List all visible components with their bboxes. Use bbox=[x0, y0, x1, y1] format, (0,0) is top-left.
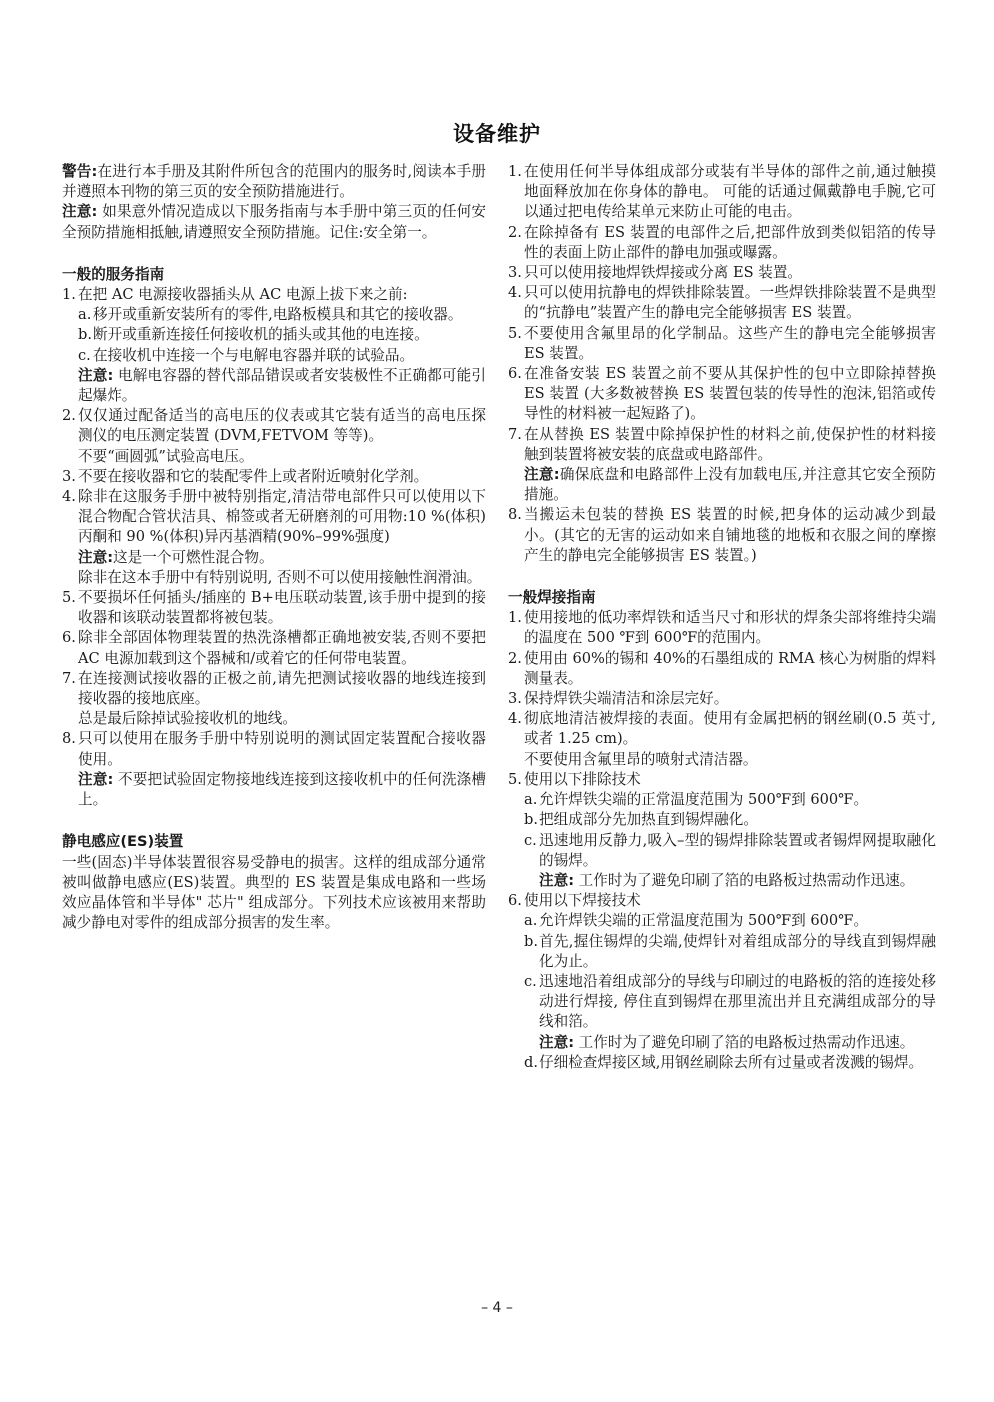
sub-item: a.允许焊铁尖端的正常温度范围为 500℉到 600℉。 bbox=[508, 911, 936, 931]
extra-text: 总是最后除掉试验接收机的地线。 bbox=[62, 709, 486, 729]
sub-item: c.迅速地用反静力,吸入–型的锡焊排除装置或者锡焊网提取融化的锡焊。 bbox=[508, 831, 936, 871]
extra-text: 不要“画圆弧”试验高电压。 bbox=[62, 447, 486, 467]
sub-item: b.断开或重新连接任何接收机的插头或其他的电连接。 bbox=[62, 325, 486, 345]
note: 注意:这是一个可燃性混合物。 bbox=[62, 548, 486, 568]
list-item: 6.在准备安装 ES 装置之前不要从其保护性的包中立即除掉替换 ES 装置 (大… bbox=[508, 364, 936, 425]
sub-item: d.仔细检查焊接区域,用钢丝刷除去所有过量或者泼溅的锡焊。 bbox=[508, 1053, 936, 1073]
list-item: 2.使用由 60%的锡和 40%的石墨组成的 RMA 核心为树脂的焊料测量表。 bbox=[508, 649, 936, 689]
list-item: 3.保持焊铁尖端清洁和涂层完好。 bbox=[508, 689, 936, 709]
sub-item: a.允许焊铁尖端的正常温度范围为 500℉到 600℉。 bbox=[508, 790, 936, 810]
note: 注意:确保底盘和电路部件上没有加载电压,并注意其它安全预防措施。 bbox=[508, 465, 936, 505]
caution-paragraph: 注意: 如果意外情况造成以下服务指南与本手册中第三页的任何安全预防措施相抵触,请… bbox=[62, 202, 486, 242]
sub-item: a.移开或重新安装所有的零件,电路板模具和其它的接收器。 bbox=[62, 305, 486, 325]
section-heading-soldering: 一般焊接指南 bbox=[508, 588, 936, 608]
section-heading-general-service: 一般的服务指南 bbox=[62, 265, 486, 285]
list-item: 3.只可以使用接地焊铁焊接或分离 ES 装置。 bbox=[508, 263, 936, 283]
warning-paragraph: 警告:在进行本手册及其附件所包含的范围内的服务时,阅读本手册并遵照本刊物的第三页… bbox=[62, 162, 486, 202]
sub-item: c.在接收机中连接一个与电解电容器并联的试验品。 bbox=[62, 346, 486, 366]
list-item: 2.在除掉备有 ES 装置的电部件之后,把部件放到类似铝箔的传导性的表面上防止部… bbox=[508, 223, 936, 263]
sub-item: b.把组成部分先加热直到锡焊融化。 bbox=[508, 810, 936, 830]
list-item: 8.只可以使用在服务手册中特别说明的测试固定装置配合接收器使用。 bbox=[62, 729, 486, 769]
list-item: 5.使用以下排除技术 bbox=[508, 770, 936, 790]
list-item: 2.仅仅通过配备适当的高电压的仪表或其它装有适当的高电压探测仪的电压测定装置 (… bbox=[62, 406, 486, 446]
note: 注意: 工作时为了避免印刷了箔的电路板过热需动作迅速。 bbox=[508, 1033, 936, 1053]
list-item: 1.在使用任何半导体组成部分或装有半导体的部件之前,通过触摸地面释放加在你身体的… bbox=[508, 162, 936, 223]
note: 注意: 不要把试验固定物接地线连接到这接收机中的任何洗涤槽上。 bbox=[62, 770, 486, 810]
caution-label: 注意: bbox=[62, 203, 97, 220]
es-intro-paragraph: 一些(固态)半导体装置很容易受静电的损害。这样的组成部分通常被叫做静电感应(ES… bbox=[62, 853, 486, 934]
list-item: 4.彻底地清洁被焊接的表面。使用有金属把柄的钢丝刷(0.5 英寸,或者 1.25… bbox=[508, 709, 936, 749]
list-item: 7.在从替换 ES 装置中除掉保护性的材料之前,使保护性的材料接触到装置将被安装… bbox=[508, 425, 936, 465]
warning-text: 在进行本手册及其附件所包含的范围内的服务时,阅读本手册并遵照本刊物的第三页的安全… bbox=[62, 163, 486, 200]
list-item: 5.不要损坏任何插头/插座的 B+电压联动装置,该手册中提到的接收器和该联动装置… bbox=[62, 588, 486, 628]
left-column: 警告:在进行本手册及其附件所包含的范围内的服务时,阅读本手册并遵照本刊物的第三页… bbox=[62, 162, 486, 933]
page-title: 设备维护 bbox=[0, 118, 994, 148]
list-item: 6.除非全部固体物理装置的热洗涤槽都正确地被安装,否则不要把 AC 电源加载到这… bbox=[62, 628, 486, 668]
list-item: 1.使用接地的低功率焊铁和适当尺寸和形状的焊条尖部将维持尖端的温度在 500 ℉… bbox=[508, 608, 936, 648]
list-item: 6.使用以下焊接技术 bbox=[508, 891, 936, 911]
right-column: 1.在使用任何半导体组成部分或装有半导体的部件之前,通过触摸地面释放加在你身体的… bbox=[508, 162, 936, 1073]
list-item: 3.不要在接收器和它的装配零件上或者附近喷射化学剂。 bbox=[62, 467, 486, 487]
list-item: 7.在连接测试接收器的正极之前,请先把测试接收器的地线连接到接收器的接地底座。 bbox=[62, 669, 486, 709]
note: 注意: 工作时为了避免印刷了箔的电路板过热需动作迅速。 bbox=[508, 871, 936, 891]
list-item: 4.除非在这服务手册中被特别指定,清洁带电部件只可以使用以下混合物配合管状洁具、… bbox=[62, 487, 486, 548]
list-item: 8.当搬运未包装的替换 ES 装置的时候,把身体的运动减少到最小。(其它的无害的… bbox=[508, 505, 936, 566]
page-number: – 4 – bbox=[0, 1300, 994, 1316]
section-heading-es-devices: 静电感应(ES)装置 bbox=[62, 832, 486, 852]
extra-text: 除非在这本手册中有特别说明, 否则不可以使用接触性润滑油。 bbox=[62, 568, 486, 588]
list-item: 1.在把 AC 电源接收器插头从 AC 电源上拔下来之前: bbox=[62, 285, 486, 305]
list-item: 5.不要使用含氟里昂的化学制品。这些产生的静电完全能够损害 ES 装置。 bbox=[508, 324, 936, 364]
sub-item: c.迅速地沿着组成部分的导线与印刷过的电路板的箔的连接处移动进行焊接, 停住直到… bbox=[508, 972, 936, 1033]
sub-item: b.首先,握住锡焊的尖端,使焊针对着组成部分的导线直到锡焊融化为止。 bbox=[508, 932, 936, 972]
warning-label: 警告: bbox=[62, 163, 97, 180]
extra-text: 不要使用含氟里昂的喷射式清洁器。 bbox=[508, 750, 936, 770]
caution-text: 如果意外情况造成以下服务指南与本手册中第三页的任何安全预防措施相抵触,请遵照安全… bbox=[62, 203, 486, 240]
list-item: 4.只可以使用抗静电的焊铁排除装置。一些焊铁排除装置不是典型的“抗静电”装置产生… bbox=[508, 283, 936, 323]
note: 注意: 电解电容器的替代部品错误或者安装极性不正确都可能引起爆炸。 bbox=[62, 366, 486, 406]
